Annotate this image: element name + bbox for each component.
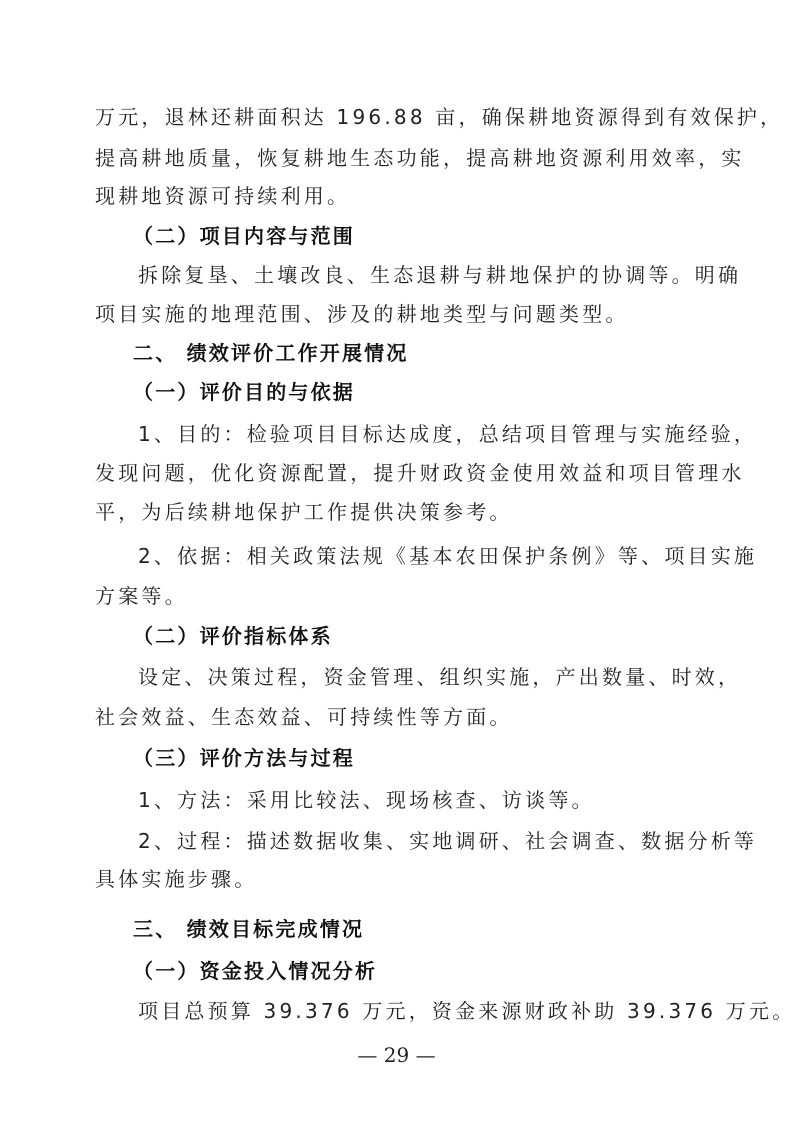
document-page: 万元，退林还耕面积达 196.88 亩，确保耕地资源得到有效保护， 提高耕地质量… xyxy=(0,0,793,1122)
body-text-line: 2、过程：描述数据收集、实地调研、社会调查、数据分析等 xyxy=(138,826,705,856)
subsection-heading: （三）评价方法与过程 xyxy=(133,743,743,773)
body-text-line: 平，为后续耕地保护工作提供决策参考。 xyxy=(95,497,705,527)
body-text-line: 2、依据：相关政策法规《基本农田保护条例》等、项目实施 xyxy=(138,541,705,571)
body-text-line: 万元，退林还耕面积达 196.88 亩，确保耕地资源得到有效保护， xyxy=(95,102,705,132)
subsection-heading: （二）评价指标体系 xyxy=(133,621,743,651)
section-heading: 二、 绩效评价工作开展情况 xyxy=(133,338,743,368)
section-heading: 三、 绩效目标完成情况 xyxy=(133,914,743,944)
body-text-line: 提高耕地质量，恢复耕地生态功能，提高耕地资源利用效率，实 xyxy=(95,143,705,173)
body-text-line: 社会效益、生态效益、可持续性等方面。 xyxy=(95,702,705,732)
body-text-line: 现耕地资源可持续利用。 xyxy=(95,181,705,211)
body-text-line: 方案等。 xyxy=(95,581,705,611)
body-text-line: 拆除复垦、土壤改良、生态退耕与耕地保护的协调等。明确 xyxy=(138,260,705,290)
subsection-heading: （一）评价目的与依据 xyxy=(133,377,743,407)
body-text-line: 发现问题，优化资源配置，提升财政资金使用效益和项目管理水 xyxy=(95,458,705,488)
body-text-line: 1、方法：采用比较法、现场核查、访谈等。 xyxy=(138,785,705,815)
body-text-line: 具体实施步骤。 xyxy=(95,864,705,894)
page-number: — 29 — xyxy=(0,1042,793,1068)
subsection-heading: （一）资金投入情况分析 xyxy=(133,956,743,986)
body-text-line: 项目实施的地理范围、涉及的耕地类型与问题类型。 xyxy=(95,299,705,329)
body-text-line: 项目总预算 39.376 万元，资金来源财政补助 39.376 万元。主 xyxy=(138,996,705,1026)
body-text-line: 1、目的：检验项目目标达成度，总结项目管理与实施经验， xyxy=(138,419,705,449)
subsection-heading: （二）项目内容与范围 xyxy=(133,221,743,251)
body-text-line: 设定、决策过程，资金管理、组织实施，产出数量、时效， xyxy=(138,662,705,692)
